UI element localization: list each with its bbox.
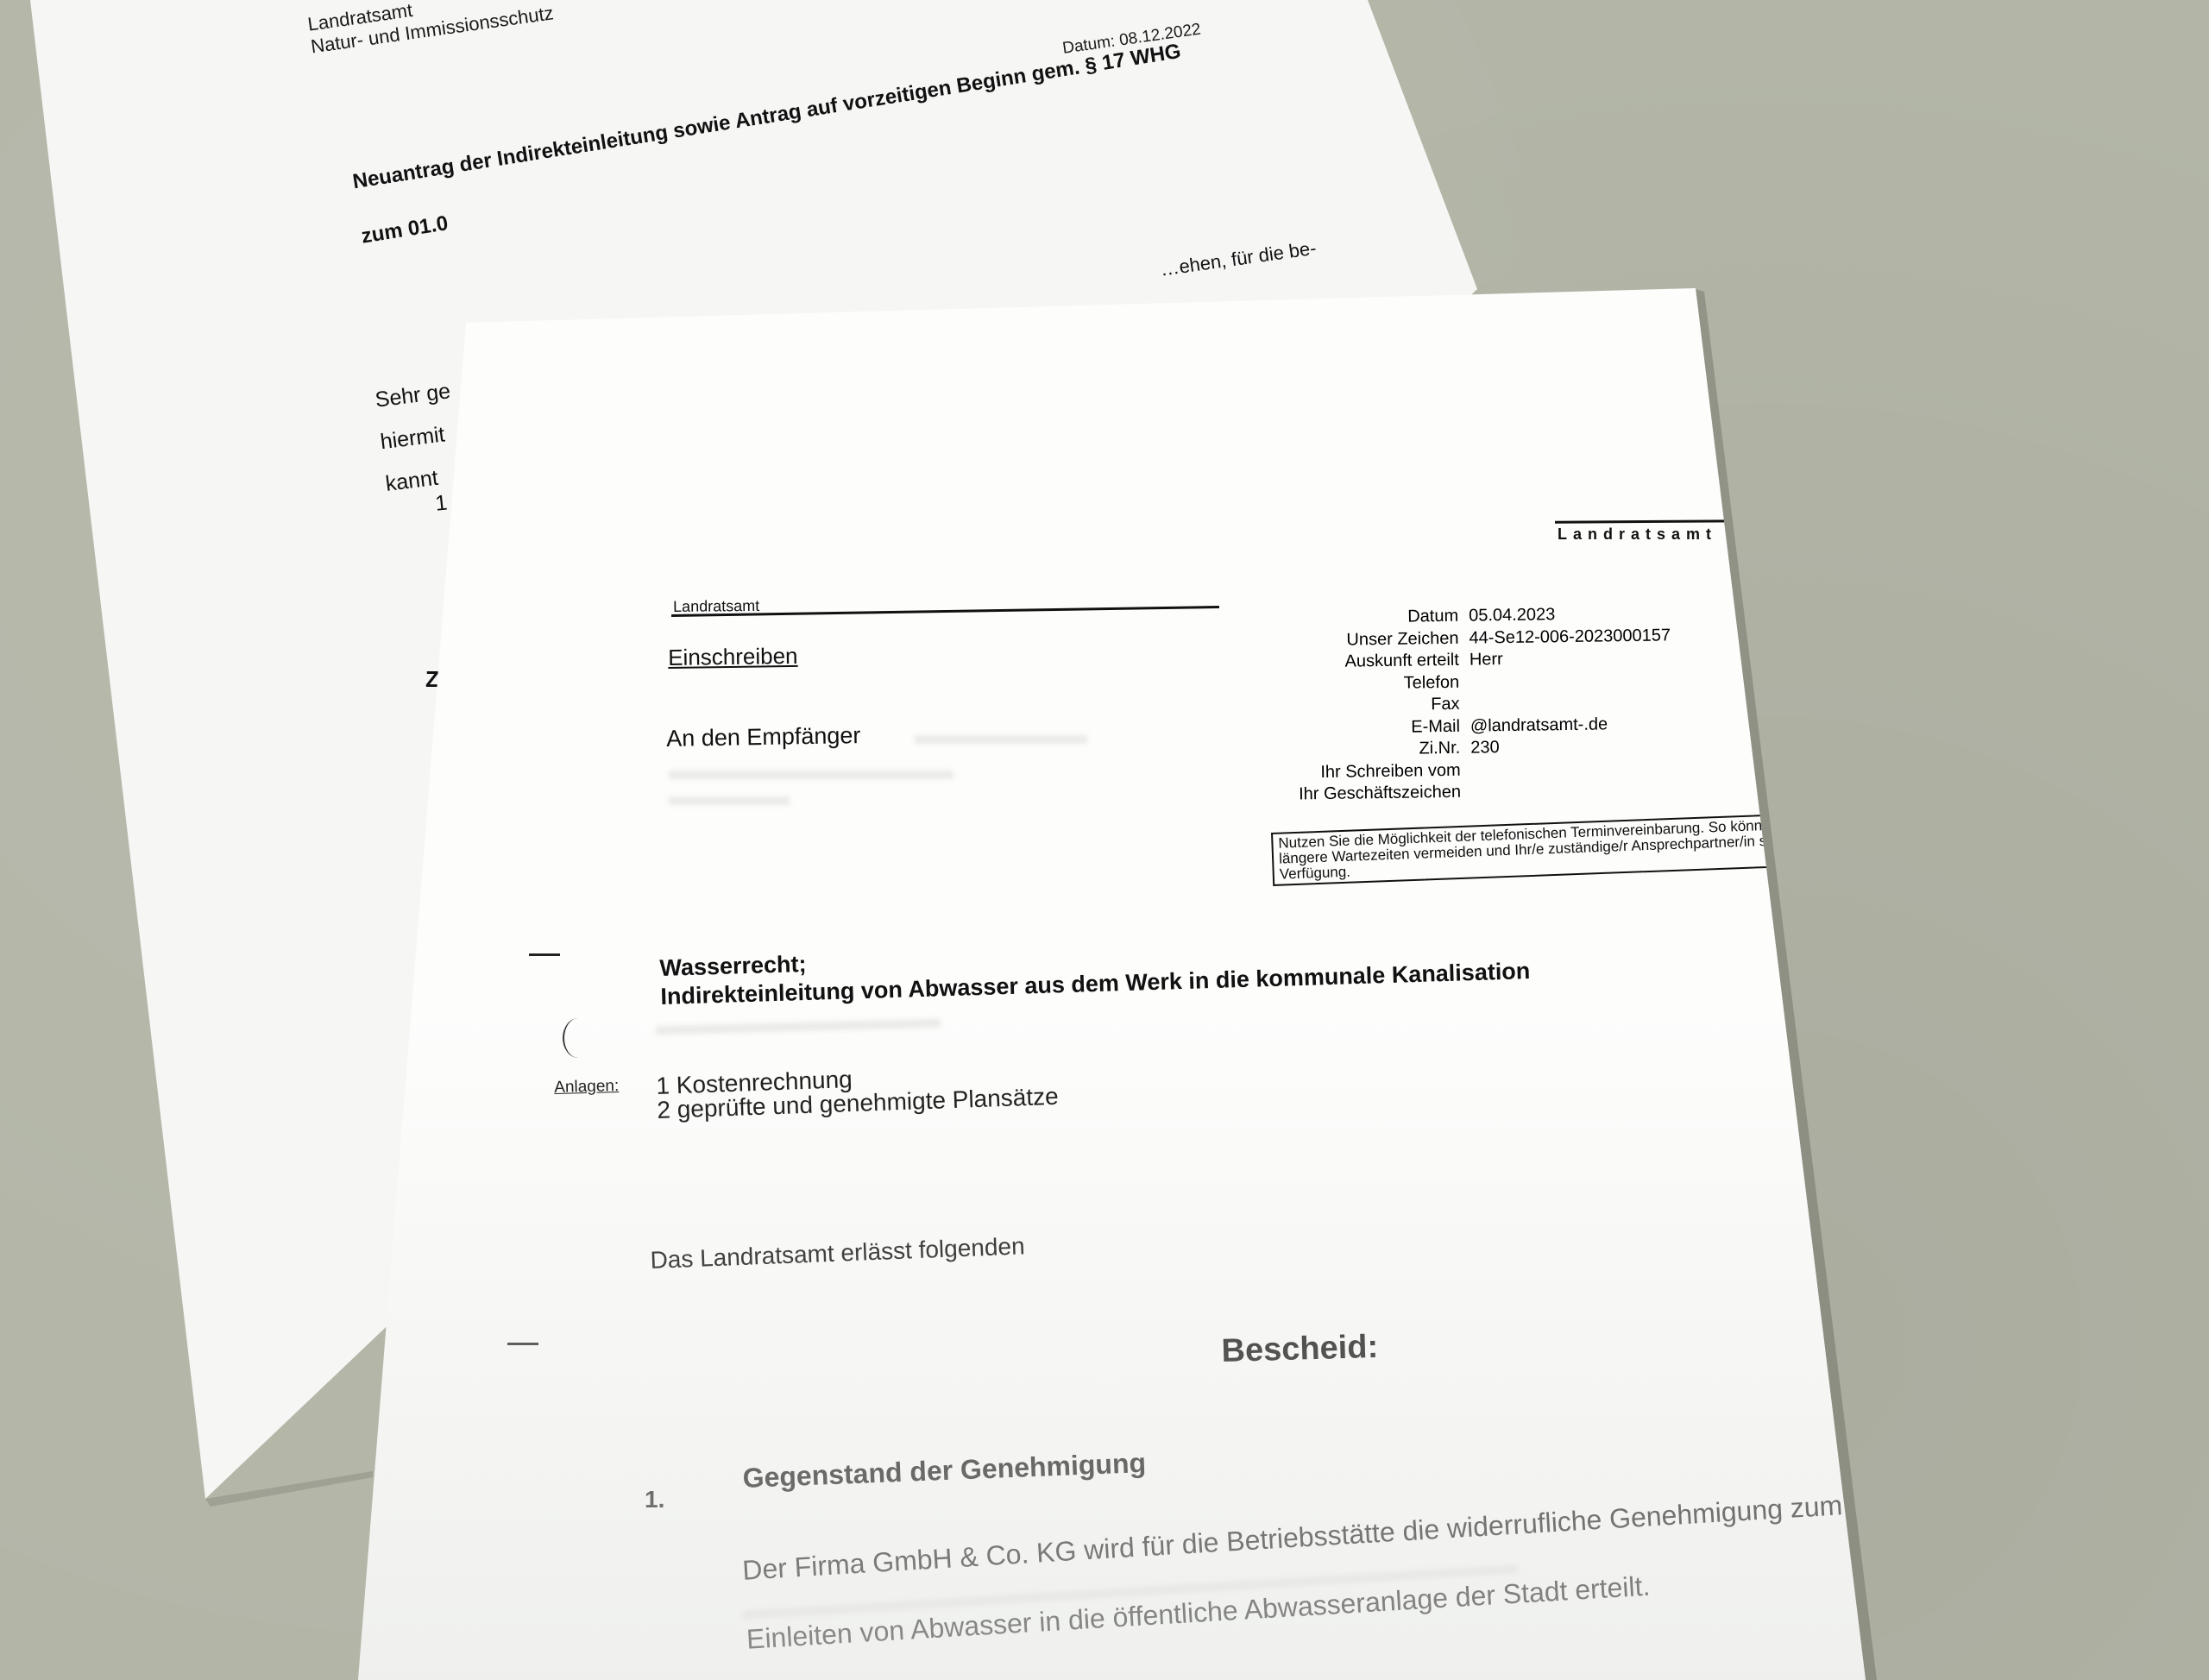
back-partial-line: kannt bbox=[383, 455, 463, 506]
back-subject: Neuantrag der Indirekteinleitung sowie A… bbox=[349, 24, 1193, 264]
back-partial-left: Sehr ge hiermit kannt bbox=[373, 370, 463, 506]
back-partial-right: …ehen, für die be- bbox=[1159, 237, 1318, 281]
back-partial-number: 1 bbox=[434, 491, 449, 517]
back-sender-block: Landratsamt Natur- und Immissionsschutz bbox=[306, 0, 555, 58]
